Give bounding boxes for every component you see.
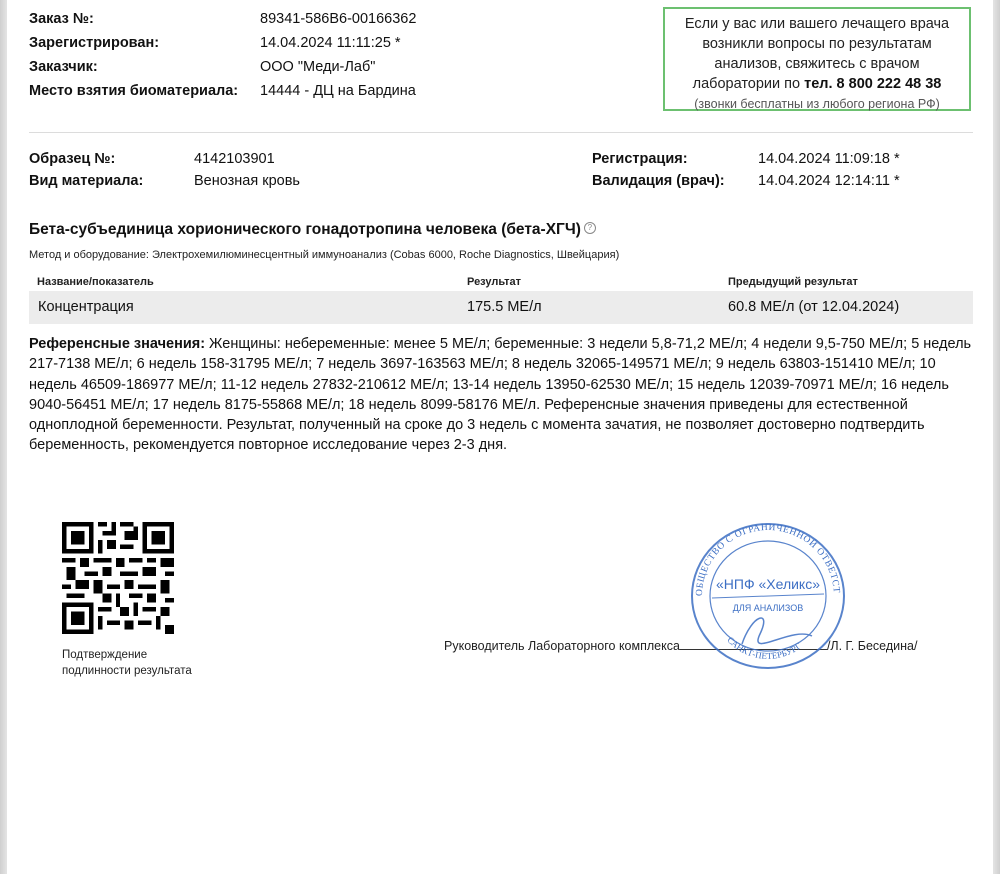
stamp-center-name: «НПФ «Хеликс»	[716, 576, 820, 592]
question-circle-icon[interactable]: ?	[584, 222, 596, 234]
reference-values: Референсные значения: Женщины: неберемен…	[29, 334, 979, 456]
previous-result-cell: 60.8 МЕ/л (от 12.04.2024)	[728, 299, 899, 315]
stamp-center-sub: ДЛЯ АНАЛИЗОВ	[733, 603, 803, 613]
sample-number-value: 4142103901	[194, 148, 275, 170]
collection-place-row: Место взятия биоматериала: 14444 - ДЦ на…	[29, 80, 629, 102]
contact-line-1: Если у вас или вашего лечащего врача	[665, 14, 969, 34]
indicator-cell: Концентрация	[38, 299, 134, 315]
header-result: Результат	[467, 276, 521, 288]
section-divider	[29, 132, 973, 133]
order-number-value: 89341-586B6-00166362	[260, 8, 416, 30]
signature-role: Руководитель Лабораторного комплекса	[444, 639, 680, 653]
contact-info-box: Если у вас или вашего лечащего врача воз…	[663, 7, 971, 111]
sample-number-label: Образец №:	[29, 148, 115, 170]
registration-label: Регистрация:	[592, 148, 688, 170]
qr-caption-line-2: подлинности результата	[62, 663, 192, 679]
stamp-bottom-text: САНКТ-ПЕТЕРБУРГ	[725, 635, 803, 661]
page-edge-right	[993, 0, 1000, 874]
reference-text: Женщины: небеременные: менее 5 МЕ/л; бер…	[29, 336, 971, 453]
test-method: Метод и оборудование: Электрохемилюминес…	[29, 249, 619, 261]
collection-place-label: Место взятия биоматериала:	[29, 80, 238, 102]
qr-caption-line-1: Подтверждение	[62, 647, 192, 663]
contact-line-4: лаборатории по тел. 8 800 222 48 38	[665, 74, 969, 94]
registered-row: Зарегистрирован: 14.04.2024 11:11:25 *	[29, 32, 629, 54]
sample-number-row: Образец №: 4142103901	[29, 148, 529, 170]
qr-caption: Подтверждение подлинности результата	[62, 647, 192, 679]
registered-value: 14.04.2024 11:11:25 *	[260, 32, 401, 54]
validation-value: 14.04.2024 12:14:11 *	[758, 170, 900, 192]
company-stamp-icon: ОБЩЕСТВО С ОГРАНИЧЕННОЙ ОТВЕТСТВЕННОСТЬЮ…	[682, 514, 854, 674]
reference-label: Референсные значения:	[29, 336, 205, 352]
material-type-label: Вид материала:	[29, 170, 143, 192]
contact-note: (звонки бесплатны из любого региона РФ)	[665, 94, 969, 114]
material-type-value: Венозная кровь	[194, 170, 300, 192]
svg-text:САНКТ-ПЕТЕРБУРГ: САНКТ-ПЕТЕРБУРГ	[725, 635, 803, 661]
material-type-row: Вид материала: Венозная кровь	[29, 170, 529, 192]
registration-row: Регистрация: 14.04.2024 11:09:18 *	[592, 148, 992, 170]
contact-line-2: возникли вопросы по результатам	[665, 34, 969, 54]
validation-row: Валидация (врач): 14.04.2024 12:14:11 *	[592, 170, 992, 192]
test-title: Бета-субъединица хорионического гонадотр…	[29, 221, 596, 239]
customer-label: Заказчик:	[29, 56, 98, 78]
registered-label: Зарегистрирован:	[29, 32, 159, 54]
phone-number[interactable]: тел. 8 800 222 48 38	[804, 76, 941, 92]
validation-label: Валидация (врач):	[592, 170, 725, 192]
header-indicator: Название/показатель	[37, 276, 154, 288]
test-title-text: Бета-субъединица хорионического гонадотр…	[29, 221, 581, 238]
contact-line-3: анализов, свяжитесь с врачом	[665, 54, 969, 74]
header-previous-result: Предыдущий результат	[728, 276, 858, 288]
customer-row: Заказчик: ООО "Меди-Лаб"	[29, 56, 629, 78]
collection-place-value: 14444 - ДЦ на Бардина	[260, 80, 416, 102]
result-cell: 175.5 МЕ/л	[467, 299, 542, 315]
qr-code-icon[interactable]	[62, 522, 174, 634]
order-number-label: Заказ №:	[29, 8, 94, 30]
customer-value: ООО "Меди-Лаб"	[260, 56, 375, 78]
order-number-row: Заказ №: 89341-586B6-00166362	[29, 8, 629, 30]
page-edge-left	[0, 0, 7, 874]
contact-line-4-prefix: лаборатории по	[693, 76, 804, 92]
registration-value: 14.04.2024 11:09:18 *	[758, 148, 900, 170]
